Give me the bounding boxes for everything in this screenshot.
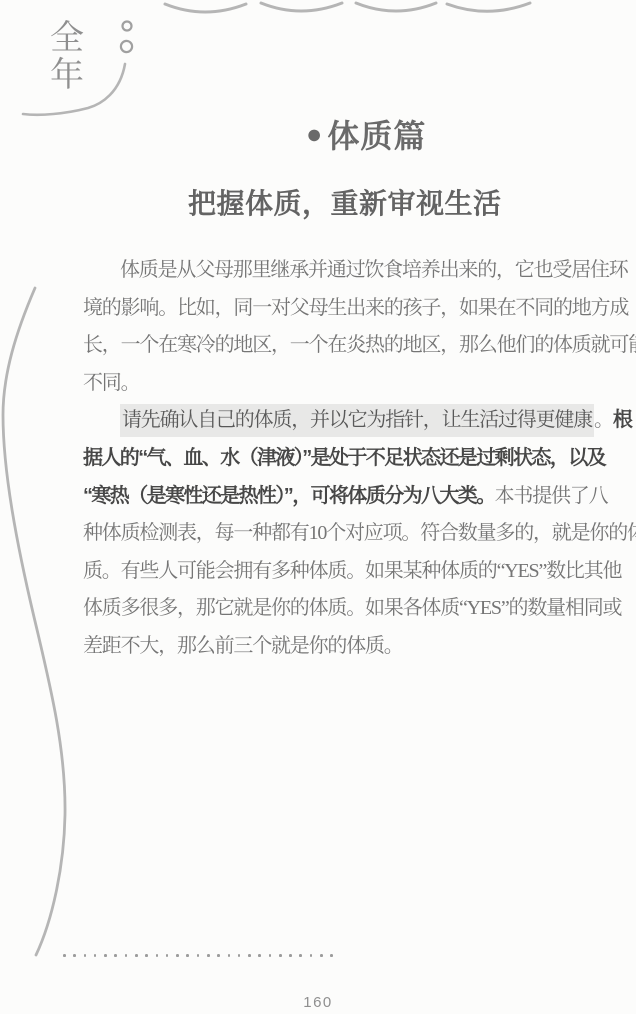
dot-icon — [63, 954, 66, 957]
text-line: 长，一个在寒冷的地区，一个在炎热的地区，那么他们的体质就可能 — [83, 327, 636, 365]
text-segment-normal: 本书提供了八 — [495, 485, 608, 507]
text-segment-highlight: 请先确认自己的体质，并以它为指针，让生活过得更健康 — [120, 404, 594, 437]
dot-icon — [197, 954, 200, 957]
left-margin-curve-icon — [3, 288, 65, 955]
scallop-arc-icon — [261, 3, 342, 11]
dot-icon — [114, 954, 117, 957]
text-segment-normal: 长，一个在寒冷的地区，一个在炎热的地区，那么他们的体质就可能 — [83, 334, 636, 356]
chapter-tab-char: 年 — [50, 57, 84, 94]
text-segment-normal: 不同。 — [83, 372, 139, 394]
dot-icon — [299, 954, 302, 957]
bullet-icon: ● — [306, 121, 322, 148]
dot-icon — [145, 954, 148, 957]
dot-icon — [330, 954, 333, 957]
text-segment-bold: 根 — [613, 409, 631, 431]
text-line: 体质多很多，那它就是你的体质。如果各体质“YES”的数量相同或 — [83, 590, 636, 628]
text-segment-normal: 种体质检测表，每一种都有10个对应项。符合数量多的，就是你的体 — [83, 522, 636, 544]
dot-icon — [228, 954, 231, 957]
dot-icon — [94, 954, 97, 957]
dot-icon — [207, 954, 210, 957]
scallop-arc-icon — [165, 4, 246, 12]
dot-icon — [166, 954, 169, 957]
dot-icon — [258, 954, 261, 957]
dot-icon — [289, 954, 292, 957]
text-line: 质。有些人可能会拥有多种体质。如果某种体质的“YES”数比其他 — [83, 553, 636, 591]
chapter-tab-char: 全 — [50, 20, 84, 57]
body-text: 体质是从父母那里继承并通过饮食培养出来的，它也受居住环境的影响。比如，同一对父母… — [83, 252, 636, 666]
section-heading: ● 体质篇 — [306, 111, 426, 157]
dot-icon — [248, 954, 251, 957]
dot-icon — [269, 954, 272, 957]
text-segment-bold: “寒热（是寒性还是热性）”，可将体质分为八大类。 — [83, 485, 495, 507]
bubble-ring-icon — [121, 41, 132, 52]
text-segment-normal: 。 — [594, 409, 613, 431]
text-line: 境的影响。比如，同一对父母生出来的孩子，如果在不同的地方成 — [83, 290, 636, 328]
dot-icon — [176, 954, 179, 957]
dot-icon — [310, 954, 313, 957]
dot-icon — [156, 954, 159, 957]
text-line: “寒热（是寒性还是热性）”，可将体质分为八大类。本书提供了八 — [83, 478, 636, 516]
page-title: 把握体质，重新审视生活 — [188, 182, 502, 222]
dot-icon — [84, 954, 87, 957]
text-segment-normal: 体质多很多，那它就是你的体质。如果各体质“YES”的数量相同或 — [83, 597, 621, 619]
dot-icon — [238, 954, 241, 957]
text-line: 种体质检测表，每一种都有10个对应项。符合数量多的，就是你的体 — [83, 515, 636, 553]
scallop-arc-icon — [447, 3, 530, 11]
chapter-tab: 全 年 — [50, 20, 84, 94]
text-line: 差距不大，那么前三个就是你的体质。 — [83, 628, 636, 666]
dot-icon — [125, 954, 128, 957]
footer-dots — [63, 954, 341, 957]
dot-icon — [135, 954, 138, 957]
page-number: 160 — [0, 994, 636, 1011]
dot-icon — [186, 954, 189, 957]
text-line: 体质是从父母那里继承并通过饮食培养出来的，它也受居住环 — [83, 252, 636, 290]
section-heading-title: 体质篇 — [327, 111, 426, 157]
dot-icon — [279, 954, 282, 957]
text-segment-normal: 差距不大，那么前三个就是你的体质。 — [83, 635, 403, 657]
dot-icon — [320, 954, 323, 957]
dot-icon — [217, 954, 220, 957]
text-segment-bold: 据人的“气、血、水（津液）”是处于不足状态还是过剩状态，以及 — [83, 447, 605, 469]
text-line: 不同。 — [83, 365, 636, 403]
book-page: 全 年 ● 体质篇 把握体质，重新审视生活 体质是从父母那里继承并通过饮食培养出… — [0, 0, 636, 1014]
text-segment-normal: 质。有些人可能会拥有多种体质。如果某种体质的“YES”数比其他 — [83, 560, 621, 582]
text-segment-normal: 体质是从父母那里继承并通过饮食培养出来的，它也受居住环 — [120, 259, 628, 281]
bubble-ring-icon — [123, 22, 132, 31]
dot-icon — [104, 954, 107, 957]
text-line: 据人的“气、血、水（津液）”是处于不足状态还是过剩状态，以及 — [83, 440, 636, 478]
dot-icon — [73, 954, 76, 957]
scallop-arc-icon — [356, 3, 436, 11]
text-line: 请先确认自己的体质，并以它为指针，让生活过得更健康。根 — [83, 402, 636, 440]
text-segment-normal: 境的影响。比如，同一对父母生出来的孩子，如果在不同的地方成 — [83, 297, 628, 319]
